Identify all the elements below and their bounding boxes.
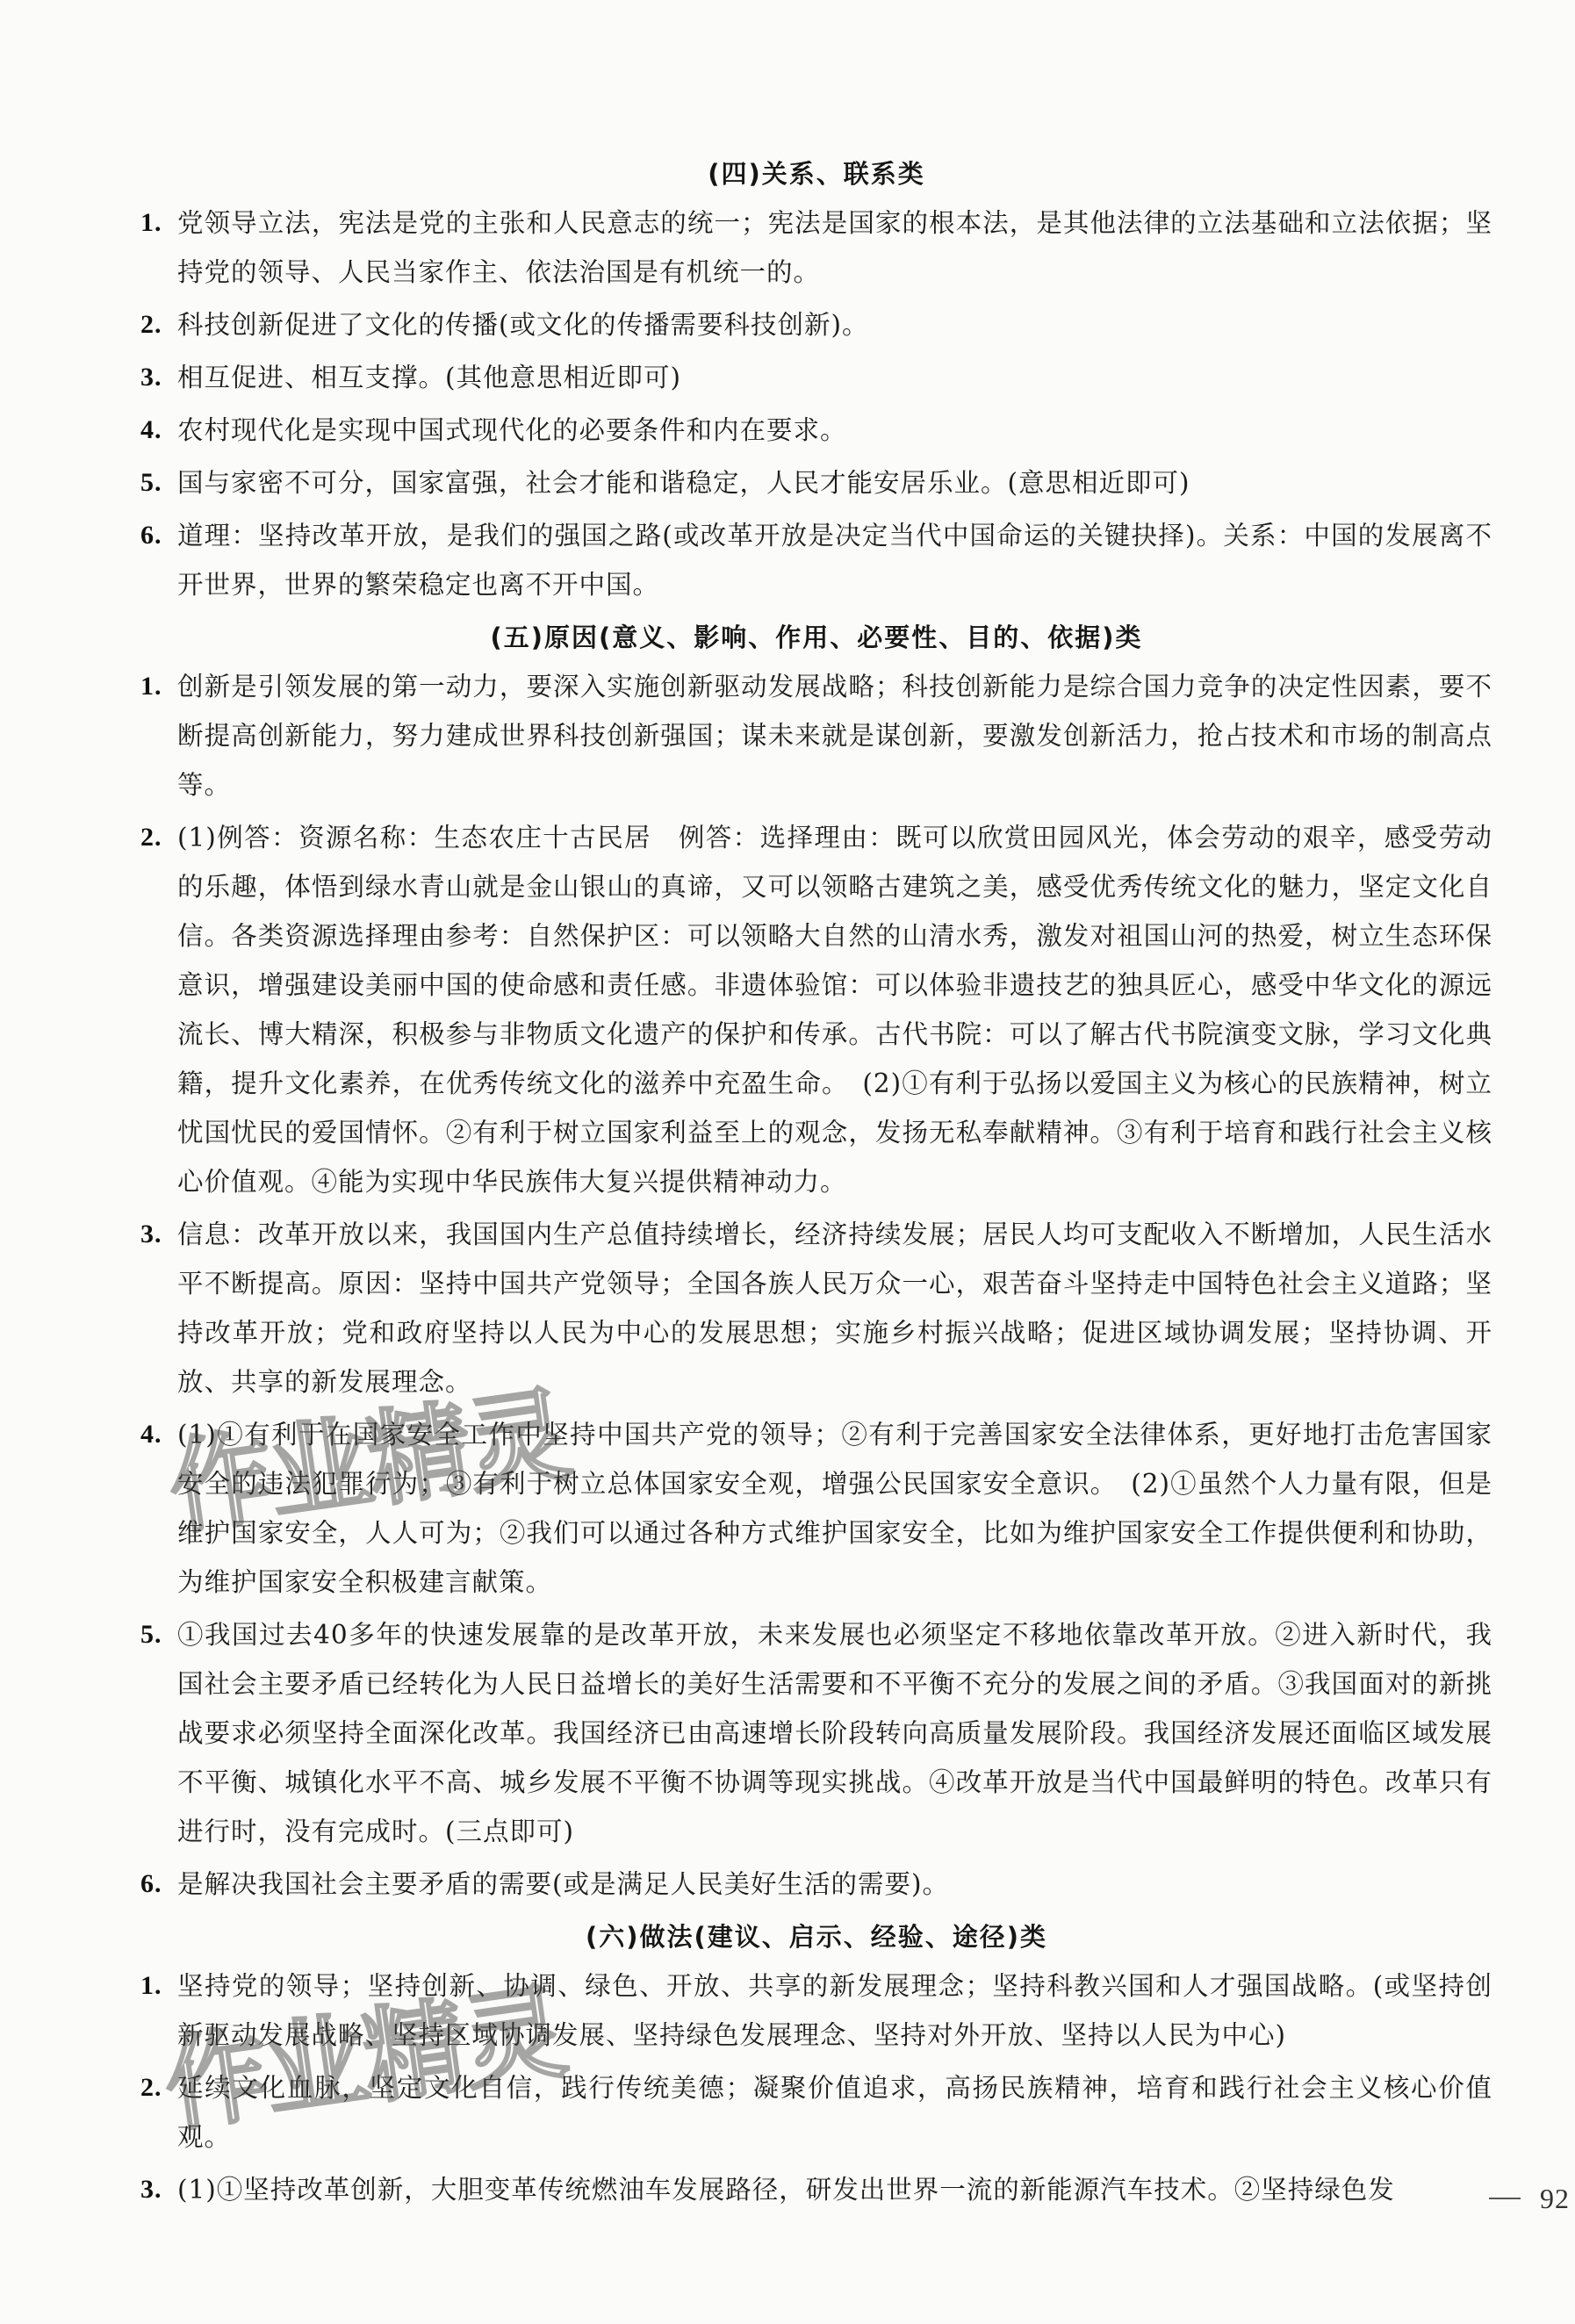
answer-item: 1. 党领导立法，宪法是党的主张和人民意志的统一；宪法是国家的根本法，是其他法律… [140, 198, 1492, 297]
answer-item: 1. 坚持党的领导；坚持创新、协调、绿色、开放、共享的新发展理念；坚持科教兴国和… [140, 1961, 1492, 2060]
item-text: (1)例答：资源名称：生态农庄十古民居 例答：选择理由：既可以欣赏田园风光，体会… [177, 813, 1492, 1206]
answer-item: 2. 科技创新促进了文化的传播(或文化的传播需要科技创新)。 [140, 300, 1492, 349]
answer-item: 6. 道理：坚持改革开放，是我们的强国之路(或改革开放是决定当代中国命运的关键抉… [140, 511, 1492, 609]
item-number: 3. [140, 2165, 162, 2214]
answer-item: 3. 相互促进、相互支撑。(其他意思相近即可) [140, 353, 1492, 402]
answer-item: 5. 国与家密不可分，国家富强，社会才能和谐稳定，人民才能安居乐业。(意思相近即… [140, 458, 1492, 507]
item-number: 3. [140, 1210, 162, 1259]
answer-item: 3. (1)①坚持改革创新，大胆变革传统燃油车发展路径，研发出世界一流的新能源汽… [140, 2165, 1492, 2214]
item-text: 国与家密不可分，国家富强，社会才能和谐稳定，人民才能安居乐业。(意思相近即可) [177, 458, 1492, 507]
answer-item: 2. 延续文化血脉，坚定文化自信，践行传统美德；凝聚价值追求，高扬民族精神，培育… [140, 2063, 1492, 2162]
item-number: 1. [140, 662, 162, 711]
item-text: 相互促进、相互支撑。(其他意思相近即可) [177, 353, 1492, 402]
page-footer: 92 [1429, 2181, 1575, 2216]
item-text: 延续文化血脉，坚定文化自信，践行传统美德；凝聚价值追求，高扬民族精神，培育和践行… [177, 2063, 1492, 2162]
item-number: 5. [140, 458, 162, 507]
item-text: 道理：坚持改革开放，是我们的强国之路(或改革开放是决定当代中国命运的关键抉择)。… [177, 511, 1492, 609]
item-text: 创新是引领发展的第一动力，要深入实施创新驱动发展战略；科技创新能力是综合国力竞争… [177, 662, 1492, 809]
section-title-methods: (六)做法(建议、启示、经验、途径)类 [140, 1912, 1492, 1961]
item-number: 1. [140, 1961, 162, 2011]
item-text: (1)①坚持改革创新，大胆变革传统燃油车发展路径，研发出世界一流的新能源汽车技术… [177, 2165, 1492, 2214]
answer-item: 4. 农村现代化是实现中国式现代化的必要条件和内在要求。 [140, 406, 1492, 455]
answer-item: 2. (1)例答：资源名称：生态农庄十古民居 例答：选择理由：既可以欣赏田园风光… [140, 813, 1492, 1206]
answer-item: 5. ①我国过去40多年的快速发展靠的是改革开放，未来发展也必须坚定不移地依靠改… [140, 1610, 1492, 1856]
item-text: ①我国过去40多年的快速发展靠的是改革开放，未来发展也必须坚定不移地依靠改革开放… [177, 1610, 1492, 1856]
footer-dash [1489, 2198, 1521, 2199]
page-number: 92 [1540, 2183, 1570, 2215]
item-number: 4. [140, 406, 162, 455]
item-number: 6. [140, 1860, 162, 1909]
item-text: 党领导立法，宪法是党的主张和人民意志的统一；宪法是国家的根本法，是其他法律的立法… [177, 198, 1492, 297]
item-number: 1. [140, 198, 162, 248]
section-title-reasons: (五)原因(意义、影响、作用、必要性、目的、依据)类 [140, 613, 1492, 662]
answer-item: 6. 是解决我国社会主要矛盾的需要(或是满足人民美好生活的需要)。 [140, 1860, 1492, 1909]
item-text: 信息：改革开放以来，我国国内生产总值持续增长，经济持续发展；居民人均可支配收入不… [177, 1210, 1492, 1407]
item-number: 2. [140, 300, 162, 349]
item-number: 5. [140, 1610, 162, 1659]
answer-item: 3. 信息：改革开放以来，我国国内生产总值持续增长，经济持续发展；居民人均可支配… [140, 1210, 1492, 1407]
item-text: 科技创新促进了文化的传播(或文化的传播需要科技创新)。 [177, 300, 1492, 349]
item-number: 6. [140, 511, 162, 560]
answer-item: 1. 创新是引领发展的第一动力，要深入实施创新驱动发展战略；科技创新能力是综合国… [140, 662, 1492, 809]
item-number: 3. [140, 353, 162, 402]
item-text: 是解决我国社会主要矛盾的需要(或是满足人民美好生活的需要)。 [177, 1860, 1492, 1909]
answer-item: 4. (1)①有利于在国家安全工作中坚持中国共产党的领导；②有利于完善国家安全法… [140, 1410, 1492, 1607]
answer-page: (四)关系、联系类 1. 党领导立法，宪法是党的主张和人民意志的统一；宪法是国家… [140, 149, 1492, 2218]
item-number: 4. [140, 1410, 162, 1459]
item-text: (1)①有利于在国家安全工作中坚持中国共产党的领导；②有利于完善国家安全法律体系… [177, 1410, 1492, 1607]
item-text: 坚持党的领导；坚持创新、协调、绿色、开放、共享的新发展理念；坚持科教兴国和人才强… [177, 1961, 1492, 2060]
item-number: 2. [140, 813, 162, 862]
item-text: 农村现代化是实现中国式现代化的必要条件和内在要求。 [177, 406, 1492, 455]
section-title-relations: (四)关系、联系类 [140, 149, 1492, 198]
item-number: 2. [140, 2063, 162, 2112]
